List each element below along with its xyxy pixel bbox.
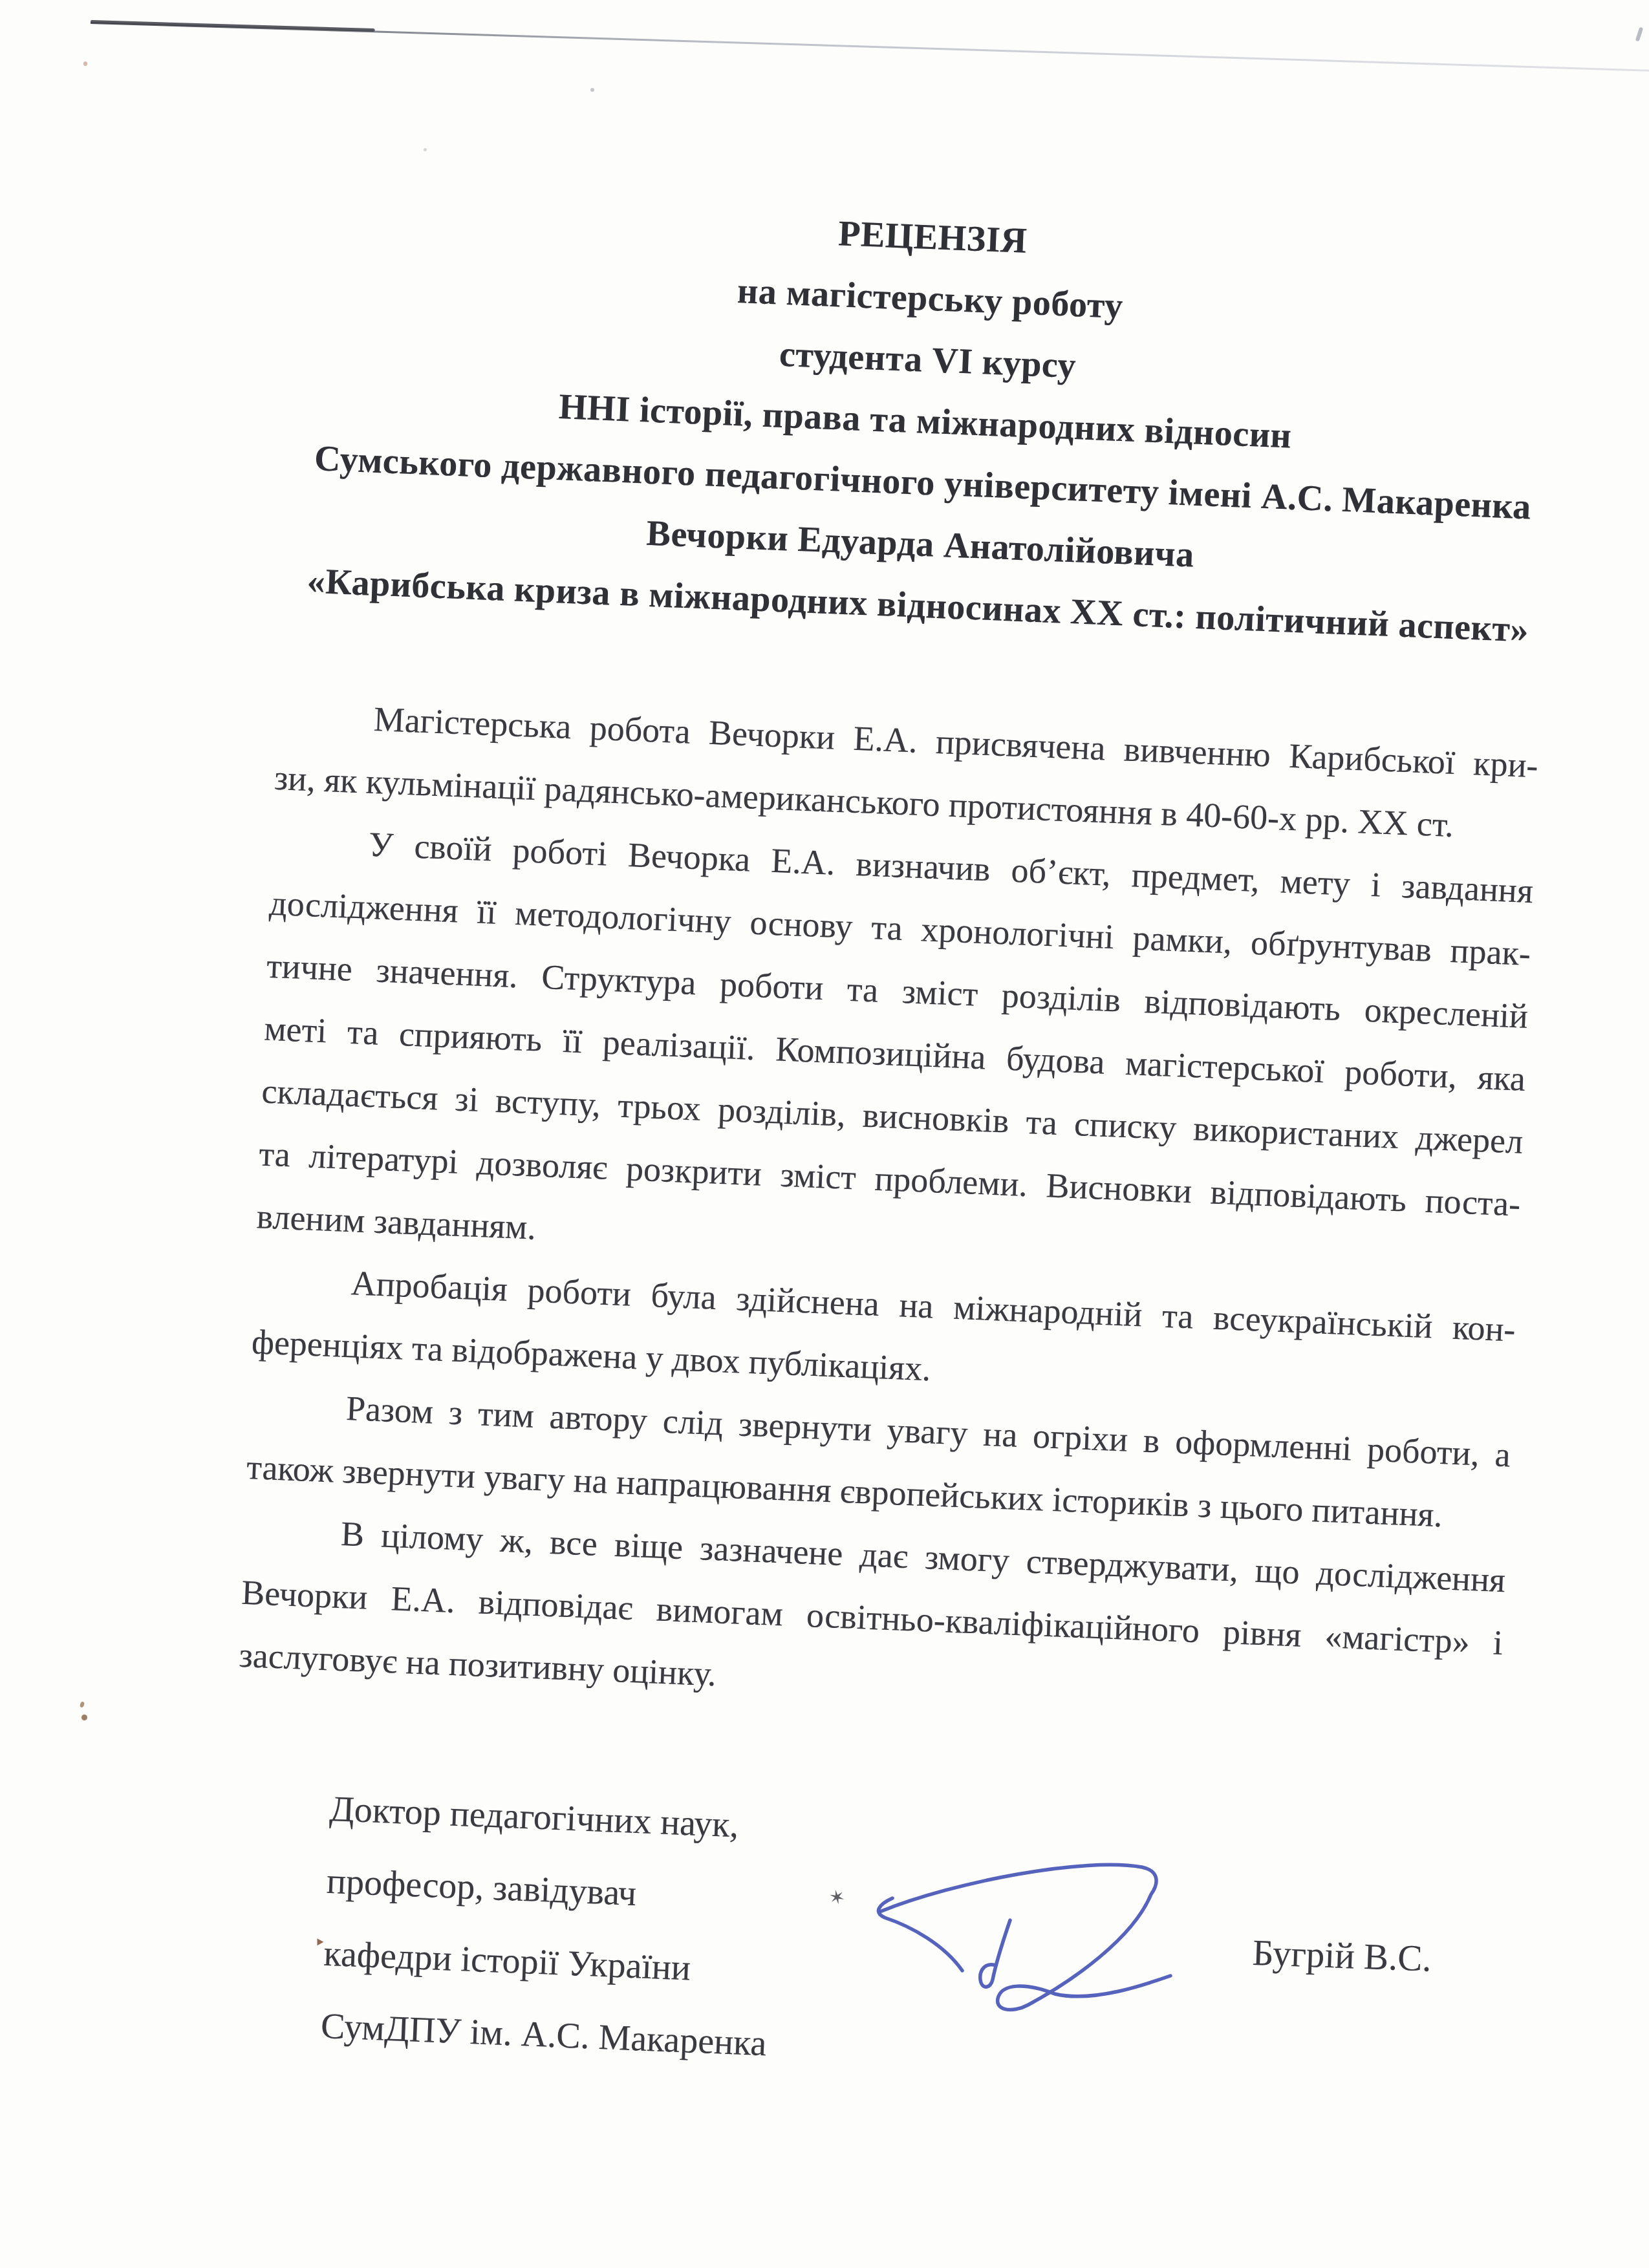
document-header: РЕЦЕНЗІЯ на магістерську роботу студента… [238,180,1612,664]
corner-scan-mark [1635,27,1644,42]
dust-speck [83,61,87,66]
reviewer-name: Бугрій В.С. [1252,1932,1432,1980]
ink-speck [80,1701,85,1708]
scan-edge-line-dark-segment [91,20,375,32]
ink-speck [81,1715,87,1720]
document-body: Магістерська робота Вечорки Е.А. присвяч… [238,684,1540,1737]
margin-arrow-mark: ‣ [314,1932,326,1954]
dust-speck [424,148,427,151]
signature-ink-icon [865,1846,1189,2034]
scanned-review-page: РЕЦЕНЗІЯ на магістерську роботу студента… [0,0,1649,2268]
dust-speck [590,88,594,92]
